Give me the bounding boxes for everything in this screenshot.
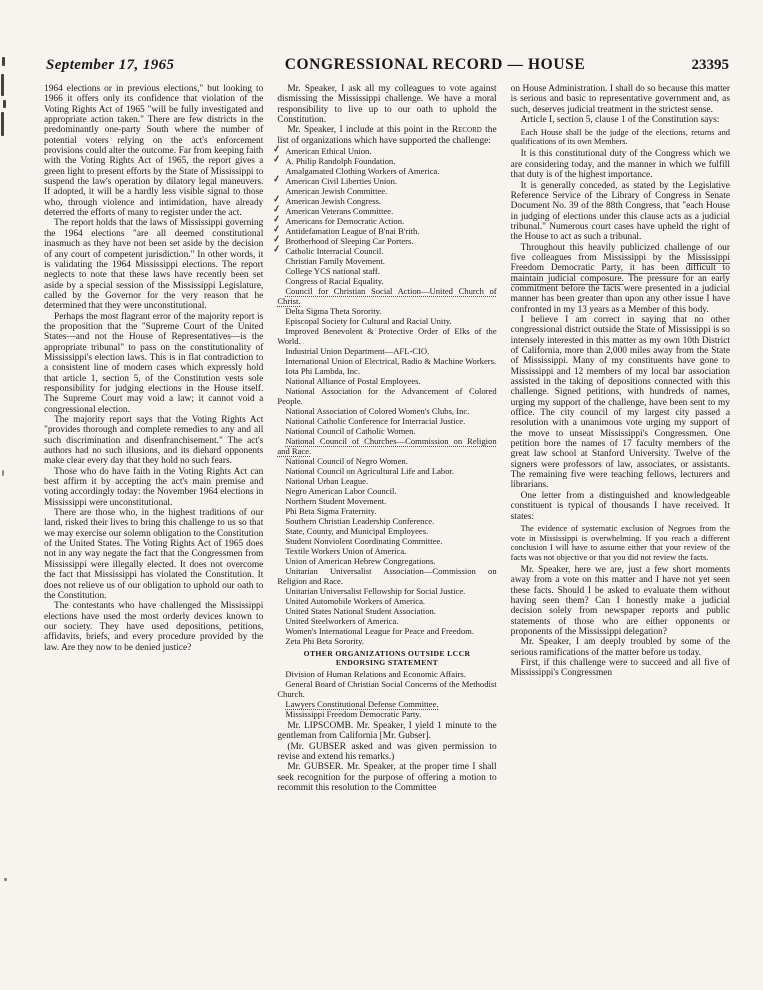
org-name: National Council of Catholic Women. xyxy=(285,426,415,436)
org-name: Negro American Labor Council. xyxy=(285,486,396,496)
check-mark-icon: ✓ xyxy=(273,144,283,155)
org-name: Lawyers Constitutional Defense Committee… xyxy=(285,699,438,709)
check-mark-icon: ✓ xyxy=(273,234,283,245)
org-list-item: ✓American Civil Liberties Union. xyxy=(277,176,496,186)
org-name: National Urban League. xyxy=(285,476,368,486)
org-list-item: National Council of Churches—Commission … xyxy=(277,436,496,456)
org-name: American Jewish Committee. xyxy=(285,186,387,196)
org-list-item: Division of Human Relations and Economic… xyxy=(277,669,496,679)
org-list-item: ✓Antidefamation League of B'nai B'rith. xyxy=(277,226,496,236)
org-list-item: Northern Student Movement. xyxy=(277,496,496,506)
org-list-item: State, County, and Municipal Employees. xyxy=(277,526,496,536)
org-name: A. Philip Randolph Foundation. xyxy=(285,156,395,166)
org-list-item: Iota Phi Lambda, Inc. xyxy=(277,366,496,376)
org-list-item: General Board of Christian Social Concer… xyxy=(277,679,496,699)
org-name: National Council of Negro Women. xyxy=(285,456,408,466)
org-name: National Alliance of Postal Employees. xyxy=(285,376,420,386)
check-mark-icon: ✓ xyxy=(273,154,283,165)
paragraph: on House Administration. I shall do so b… xyxy=(511,84,730,115)
paragraph: There are those who, in the highest trad… xyxy=(44,508,263,601)
org-list-item: Congress of Racial Equality. xyxy=(277,276,496,286)
org-list-item: National Catholic Conference for Interra… xyxy=(277,416,496,426)
org-name: United States National Student Associati… xyxy=(285,606,436,616)
org-name: Christian Family Movement. xyxy=(285,256,385,266)
org-name: Council for Christian Social Action—Unit… xyxy=(277,286,496,306)
org-list-item: Women's International League for Peace a… xyxy=(277,626,496,636)
scan-artifact xyxy=(3,100,6,108)
org-list-item: United States National Student Associati… xyxy=(277,606,496,616)
org-name: National Association for the Advancement… xyxy=(277,386,496,406)
org-list-item: National Association of Colored Women's … xyxy=(277,406,496,416)
org-list-item: ✓Brotherhood of Sleeping Car Porters. xyxy=(277,236,496,246)
org-list-item: ✓A. Philip Randolph Foundation. xyxy=(277,156,496,166)
org-list-item: Amalgamated Clothing Workers of America. xyxy=(277,166,496,176)
scan-artifact xyxy=(1,74,4,96)
paragraph: The majority report says that the Voting… xyxy=(44,415,263,467)
org-name: Student Nonviolent Coordinating Committe… xyxy=(285,536,442,546)
paragraph: Mr. Speaker, I ask all my colleagues to … xyxy=(277,84,496,125)
constituent-letter-quote: The evidence of systematic exclusion of … xyxy=(511,524,730,562)
org-name: College YCS national staff. xyxy=(285,266,380,276)
org-list-item: Council for Christian Social Action—Unit… xyxy=(277,286,496,306)
org-list-item: United Steelworkers of America. xyxy=(277,616,496,626)
org-list-item: National Council of Negro Women. xyxy=(277,456,496,466)
org-name: Brotherhood of Sleeping Car Porters. xyxy=(285,236,413,246)
org-list-item: College YCS national staff. xyxy=(277,266,496,276)
paragraph: (Mr. GUBSER asked and was given permissi… xyxy=(277,742,496,763)
org-name: Textile Workers Union of America. xyxy=(285,546,406,556)
org-list-item: United Automobile Workers of America. xyxy=(277,596,496,606)
scan-artifact xyxy=(2,57,5,66)
paragraph: It is this constitutional duty of the Co… xyxy=(511,149,730,180)
org-list-item: Mississippi Freedom Democratic Party. xyxy=(277,709,496,719)
supporting-organizations-list: ✓American Ethical Union.✓A. Philip Rando… xyxy=(277,146,496,646)
org-name: Northern Student Movement. xyxy=(285,496,386,506)
org-name: National Council on Agricultural Life an… xyxy=(285,466,454,476)
org-name: United Steelworkers of America. xyxy=(285,616,398,626)
org-list-item: ✓American Veterans Committee. xyxy=(277,206,496,216)
column-2: Mr. Speaker, I ask all my colleagues to … xyxy=(277,84,496,970)
org-list-item: Improved Benevolent & Protective Order o… xyxy=(277,326,496,346)
org-name: Catholic Interracial Council. xyxy=(285,246,383,256)
paragraph: The contestants who have challenged the … xyxy=(44,601,263,653)
page-header: September 17, 1965 CONGRESSIONAL RECORD … xyxy=(46,56,729,74)
column-3: on House Administration. I shall do so b… xyxy=(511,84,730,970)
org-name: National Association of Colored Women's … xyxy=(285,406,469,416)
scan-artifact xyxy=(4,878,7,881)
org-name: Phi Beta Sigma Fraternity. xyxy=(285,506,376,516)
org-list-item: Textile Workers Union of America. xyxy=(277,546,496,556)
paragraph: Mr. Speaker, here we are, just a few sho… xyxy=(511,565,730,637)
org-name: Americans for Democratic Action. xyxy=(285,216,404,226)
org-name: Congress of Racial Equality. xyxy=(285,276,383,286)
org-list-item: Unitarian Universalist Fellowship for So… xyxy=(277,586,496,596)
org-list-item: ✓American Jewish Congress. xyxy=(277,196,496,206)
org-name: American Civil Liberties Union. xyxy=(285,176,397,186)
list-subheading: OTHER ORGANIZATIONS OUTSIDE LCCR ENDORSI… xyxy=(283,649,490,667)
org-list-item: International Union of Electrical, Radio… xyxy=(277,356,496,366)
org-list-item: Phi Beta Sigma Fraternity. xyxy=(277,506,496,516)
paragraph: Mr. Speaker, I am deeply troubled by som… xyxy=(511,637,730,658)
text-columns: 1964 elections or in previous elections,… xyxy=(44,84,730,970)
paragraph-text: Mr. Speaker, I include at this point in … xyxy=(287,125,452,135)
paragraph: I believe I am correct in saying that no… xyxy=(511,315,730,491)
paragraph: Article I, section 5, clause 1 of the Co… xyxy=(511,115,730,125)
org-list-item: Episcopal Society for Cultural and Racia… xyxy=(277,316,496,326)
org-list-item: Industrial Union Department—AFL-CIO. xyxy=(277,346,496,356)
org-name: Southern Christian Leadership Conference… xyxy=(285,516,434,526)
org-list-item: ✓Catholic Interracial Council. xyxy=(277,246,496,256)
paragraph: Mr. LIPSCOMB. Mr. Speaker, I yield 1 min… xyxy=(277,721,496,742)
org-name: United Automobile Workers of America. xyxy=(285,596,425,606)
org-name: Division of Human Relations and Economic… xyxy=(285,669,466,679)
paragraph: One letter from a distinguished and know… xyxy=(511,491,730,522)
org-name: Women's International League for Peace a… xyxy=(285,626,474,636)
org-list-item: American Jewish Committee. xyxy=(277,186,496,196)
paragraph: Mr. Speaker, I include at this point in … xyxy=(277,125,496,146)
org-name: National Catholic Conference for Interra… xyxy=(285,416,465,426)
org-list-item: Union of American Hebrew Congregations. xyxy=(277,556,496,566)
org-name: Mississippi Freedom Democratic Party. xyxy=(285,709,421,719)
org-name: Union of American Hebrew Congregations. xyxy=(285,556,435,566)
check-mark-icon: ✓ xyxy=(273,214,283,225)
org-name: Industrial Union Department—AFL-CIO. xyxy=(285,346,429,356)
scan-artifact xyxy=(2,470,4,476)
check-mark-icon: ✓ xyxy=(273,224,283,235)
record-smallcaps: Record xyxy=(452,125,482,135)
org-name: Episcopal Society for Cultural and Racia… xyxy=(285,316,451,326)
org-list-item: Southern Christian Leadership Conference… xyxy=(277,516,496,526)
org-name: General Board of Christian Social Concer… xyxy=(277,679,496,699)
other-organizations-list: Division of Human Relations and Economic… xyxy=(277,669,496,719)
paragraph: First, if this challenge were to succeed… xyxy=(511,658,730,679)
paragraph: Mr. GUBSER. Mr. Speaker, at the proper t… xyxy=(277,762,496,793)
check-mark-icon: ✓ xyxy=(273,174,283,185)
issue-date: September 17, 1965 xyxy=(46,57,261,74)
org-name: International Union of Electrical, Radio… xyxy=(285,356,496,366)
check-mark-icon: ✓ xyxy=(273,194,283,205)
org-name: Improved Benevolent & Protective Order o… xyxy=(277,326,496,346)
org-name: American Ethical Union. xyxy=(285,146,371,156)
scanned-page: September 17, 1965 CONGRESSIONAL RECORD … xyxy=(0,0,763,990)
org-list-item: National Council of Catholic Women. xyxy=(277,426,496,436)
org-name: Zeta Phi Beta Sorority. xyxy=(285,636,364,646)
page-number: 23395 xyxy=(609,57,729,74)
check-mark-icon: ✓ xyxy=(273,244,283,255)
constitution-quote: Each House shall be the judge of the ele… xyxy=(511,128,730,147)
org-list-item: Negro American Labor Council. xyxy=(277,486,496,496)
org-list-item: ✓American Ethical Union. xyxy=(277,146,496,156)
org-name: Antidefamation League of B'nai B'rith. xyxy=(285,226,419,236)
org-name: State, County, and Municipal Employees. xyxy=(285,526,428,536)
org-list-item: ✓Americans for Democratic Action. xyxy=(277,216,496,226)
org-list-item: Zeta Phi Beta Sorority. xyxy=(277,636,496,646)
org-name: Iota Phi Lambda, Inc. xyxy=(285,366,360,376)
scan-artifact xyxy=(1,112,4,136)
org-list-item: National Association for the Advancement… xyxy=(277,386,496,406)
org-list-item: Delta Sigma Theta Sorority. xyxy=(277,306,496,316)
org-name: National Council of Churches—Commission … xyxy=(277,436,496,456)
paragraph: Those who do have faith in the Voting Ri… xyxy=(44,467,263,508)
org-list-item: Lawyers Constitutional Defense Committee… xyxy=(277,699,496,709)
org-list-item: Christian Family Movement. xyxy=(277,256,496,266)
paragraph: 1964 elections or in previous elections,… xyxy=(44,84,263,218)
org-list-item: Unitarian Universalist Association—Commi… xyxy=(277,566,496,586)
org-list-item: Student Nonviolent Coordinating Committe… xyxy=(277,536,496,546)
check-mark-icon: ✓ xyxy=(273,204,283,215)
org-name: Delta Sigma Theta Sorority. xyxy=(285,306,381,316)
org-list-item: National Council on Agricultural Life an… xyxy=(277,466,496,476)
column-1: 1964 elections or in previous elections,… xyxy=(44,84,263,970)
org-name: American Jewish Congress. xyxy=(285,196,381,206)
paragraph: It is generally conceded, as stated by t… xyxy=(511,181,730,243)
org-name: Unitarian Universalist Fellowship for So… xyxy=(285,586,465,596)
org-name: American Veterans Committee. xyxy=(285,206,393,216)
org-list-item: National Alliance of Postal Employees. xyxy=(277,376,496,386)
paragraph: The report holds that the laws of Missis… xyxy=(44,218,263,311)
org-name: Amalgamated Clothing Workers of America. xyxy=(285,166,439,176)
paragraph: Throughout this heavily publicized chall… xyxy=(511,243,730,315)
org-name: Unitarian Universalist Association—Commi… xyxy=(277,566,496,586)
publication-title: CONGRESSIONAL RECORD — HOUSE xyxy=(261,56,609,74)
paragraph: Perhaps the most flagrant error of the m… xyxy=(44,312,263,415)
org-list-item: National Urban League. xyxy=(277,476,496,486)
